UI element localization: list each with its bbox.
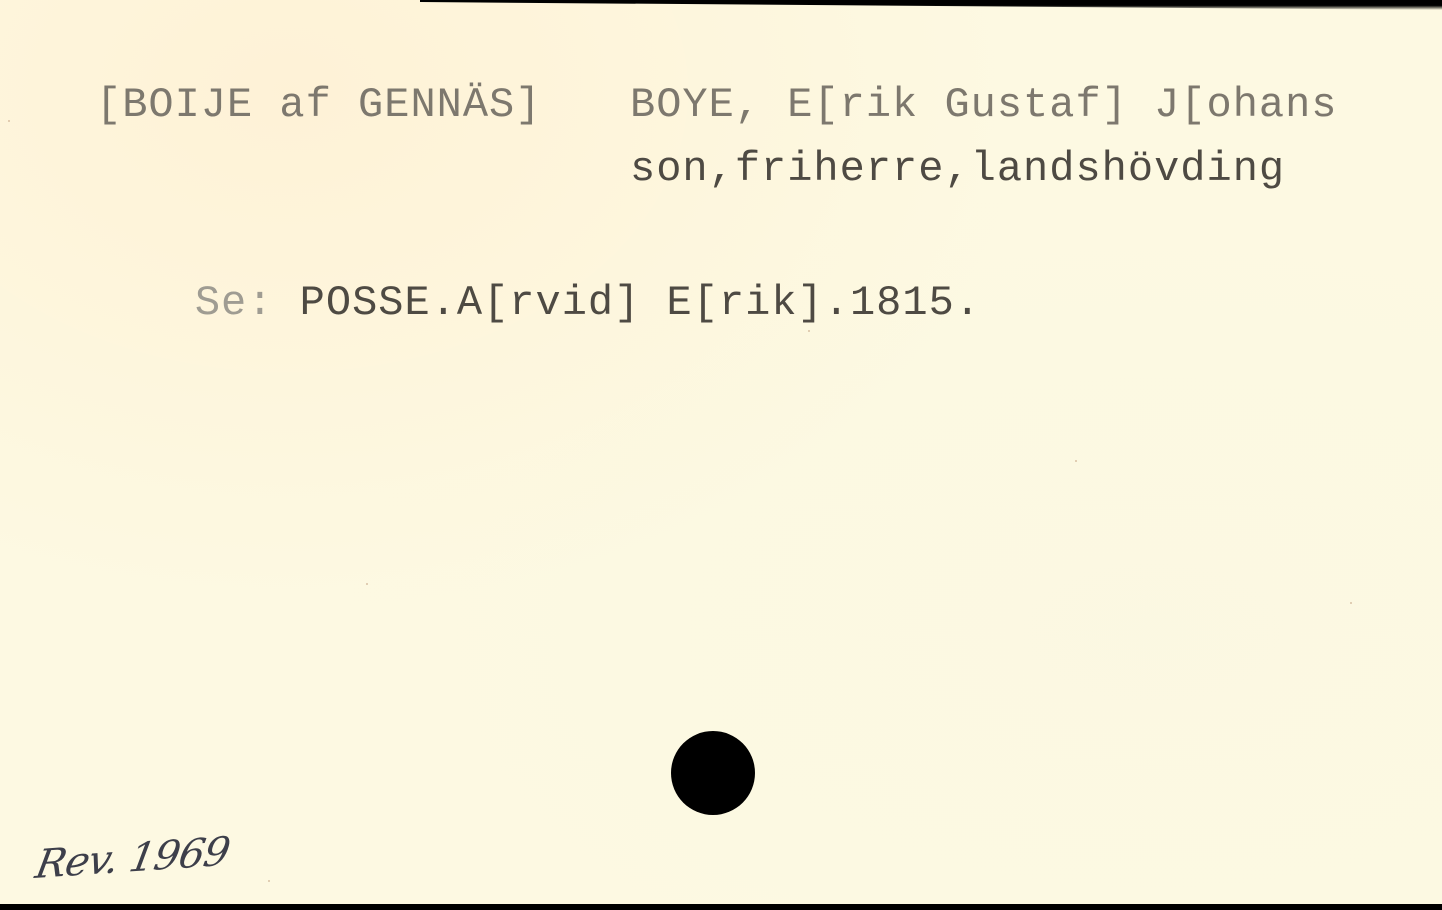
heading-continuation: son,friherre,landshövding	[630, 148, 1285, 190]
punch-hole	[671, 731, 755, 815]
handwritten-revision-note: Rev. 1969	[32, 829, 233, 888]
cross-reference-name: [BOIJE af GENNÄS]	[96, 84, 541, 126]
paper-speck	[808, 330, 810, 332]
paper-speck	[366, 583, 368, 585]
paper-speck	[1350, 602, 1352, 604]
catalog-card: [BOIJE af GENNÄS] BOYE, E[rik Gustaf] J[…	[0, 0, 1442, 904]
scan-border-bottom	[0, 904, 1442, 910]
paper-speck	[1075, 460, 1077, 462]
paper-speck	[8, 120, 10, 122]
see-reference: Se: POSSE.A[rvid] E[rik].1815.	[90, 240, 981, 366]
scan-border-top	[420, 0, 1442, 10]
see-label: Se:	[195, 279, 274, 327]
paper-speck	[268, 880, 270, 882]
see-target: POSSE.A[rvid] E[rik].1815.	[300, 279, 981, 327]
heading-name: BOYE, E[rik Gustaf] J[ohans	[630, 84, 1338, 126]
